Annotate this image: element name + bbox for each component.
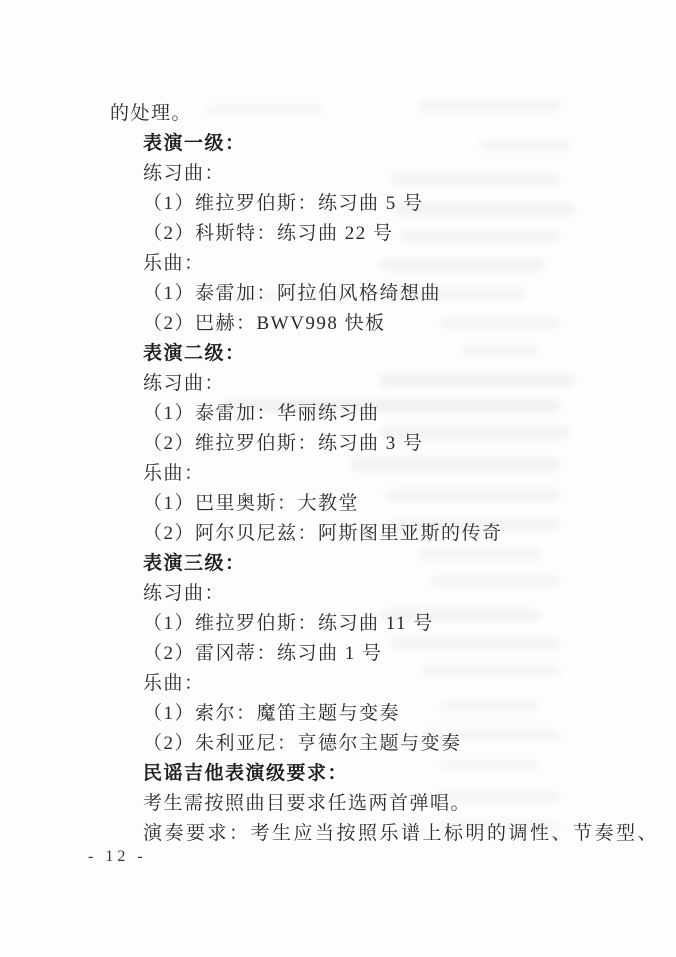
section-heading: 民谣吉他表演级要求：: [110, 759, 630, 789]
document-page: 的处理。 表演一级： 练习曲： （1）维拉罗伯斯：练习曲 5 号 （2）科斯特：…: [0, 0, 676, 957]
text-line: 练习曲：: [110, 579, 630, 609]
list-item: （1）巴里奥斯：大教堂: [110, 489, 630, 519]
list-item: （1）泰雷加：阿拉伯风格绮想曲: [110, 279, 630, 309]
list-item: （2）朱利亚尼：亨德尔主题与变奏: [110, 729, 630, 759]
section-heading: 表演二级：: [110, 339, 630, 369]
text-line: 考生需按照曲目要求任选两首弹唱。: [110, 789, 630, 819]
text-line: 练习曲：: [110, 369, 630, 399]
list-item: （2）巴赫：BWV998 快板: [110, 309, 630, 339]
list-item: （2）阿尔贝尼兹：阿斯图里亚斯的传奇: [110, 519, 630, 549]
list-item: （1）索尔：魔笛主题与变奏: [110, 699, 630, 729]
text-line: 演奏要求：考生应当按照乐谱上标明的调性、节奏型、: [110, 819, 630, 849]
section-heading: 表演三级：: [110, 549, 630, 579]
text-line: 乐曲：: [110, 249, 630, 279]
document-body: 的处理。 表演一级： 练习曲： （1）维拉罗伯斯：练习曲 5 号 （2）科斯特：…: [110, 99, 630, 849]
list-item: （1）泰雷加：华丽练习曲: [110, 399, 630, 429]
section-heading: 表演一级：: [110, 129, 630, 159]
text-line: 乐曲：: [110, 669, 630, 699]
text-line: 乐曲：: [110, 459, 630, 489]
page-number: - 12 -: [88, 842, 147, 872]
list-item: （2）雷冈蒂：练习曲 1 号: [110, 639, 630, 669]
text-line: 的处理。: [110, 99, 630, 129]
list-item: （2）科斯特：练习曲 22 号: [110, 219, 630, 249]
list-item: （2）维拉罗伯斯：练习曲 3 号: [110, 429, 630, 459]
text-line: 练习曲：: [110, 159, 630, 189]
list-item: （1）维拉罗伯斯：练习曲 5 号: [110, 189, 630, 219]
list-item: （1）维拉罗伯斯：练习曲 11 号: [110, 609, 630, 639]
